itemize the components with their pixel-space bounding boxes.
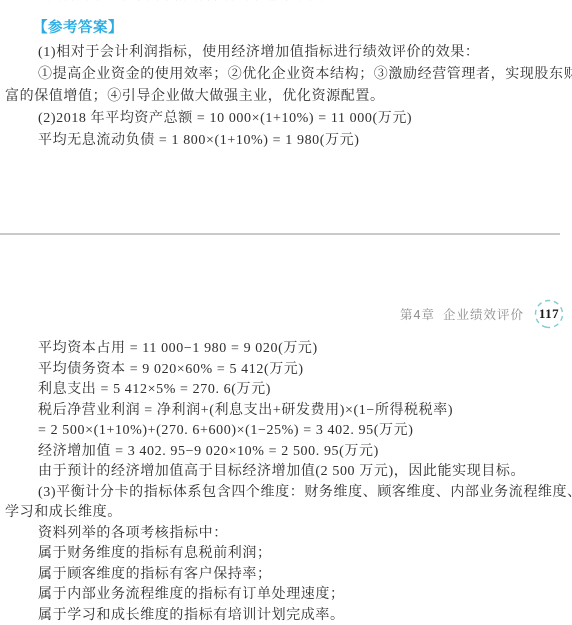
- answer-section-bottom: 平均资本占用 = 11 000−1 980 = 9 020(万元) 平均债务资本…: [0, 339, 572, 625]
- text-line: 税后净营业利润 = 净利润+(利息支出+研发费用)×(1−所得税税率): [0, 401, 572, 422]
- text-line: 平均债务资本 = 9 020×60% = 5 412(万元): [0, 360, 572, 381]
- text-line: 属于学习和成长维度的指标有培训计划完成率。: [0, 606, 572, 625]
- text-line: 平均无息流动负债 = 1 800×(1+10%) = 1 980(万元): [0, 130, 572, 152]
- top-clipped-line: 出资料列举的各项考核指标分别属于哪个维度。: [0, 0, 572, 8]
- book-page: 出资料列举的各项考核指标分别属于哪个维度。 【参考答案】 (1)相对于会计利润指…: [0, 0, 572, 625]
- text-line: = 2 500×(1+10%)+(270. 6+600)×(1−25%) = 3…: [0, 421, 572, 442]
- text-line: 资料列举的各项考核指标中：: [0, 524, 572, 545]
- page-number: 117: [532, 297, 566, 331]
- text-line: 由于预计的经济增加值高于目标经济增加值(2 500 万元)，因此能实现目标。: [0, 462, 572, 483]
- text-line: 属于顾客维度的指标有客户保持率；: [0, 565, 572, 586]
- text-line: (1)相对于会计利润指标，使用经济增加值指标进行绩效评价的效果：: [0, 42, 572, 64]
- text-line: 学习和成长维度。: [0, 503, 572, 524]
- text-line: 利息支出 = 5 412×5% = 270. 6(万元): [0, 380, 572, 401]
- top-clipped-line-text: 出资料列举的各项考核指标分别属于哪个维度。: [0, 0, 572, 7]
- chapter-number: 第4章: [400, 305, 435, 323]
- chapter-header: 第4章 企业绩效评价 117: [0, 297, 572, 331]
- text-line: 经济增加值 = 3 402. 95−9 020×10% = 2 500. 95(…: [0, 442, 572, 463]
- text-line: (2)2018 年平均资产总额 = 10 000×(1+10%) = 11 00…: [0, 108, 572, 130]
- text-line: 属于内部业务流程维度的指标有订单处理速度；: [0, 585, 572, 606]
- text-line: 属于财务维度的指标有息税前利润；: [0, 544, 572, 565]
- chapter-title: 企业绩效评价: [443, 305, 524, 323]
- page-break-divider: [0, 233, 560, 235]
- answer-section-top: (1)相对于会计利润指标，使用经济增加值指标进行绩效评价的效果： ①提高企业资金…: [0, 42, 572, 152]
- text-line: ①提高企业资金的使用效率；②优化企业资本结构；③激励经营管理者，实现股东财: [0, 64, 572, 86]
- answer-heading: 【参考答案】: [0, 19, 572, 37]
- text-line: (3)平衡计分卡的指标体系包含四个维度：财务维度、顾客维度、内部业务流程维度、: [0, 483, 572, 504]
- page-number-badge: 117: [532, 297, 566, 331]
- text-line: 富的保值增值；④引导企业做大做强主业，优化资源配置。: [0, 86, 572, 108]
- text-line: 平均资本占用 = 11 000−1 980 = 9 020(万元): [0, 339, 572, 360]
